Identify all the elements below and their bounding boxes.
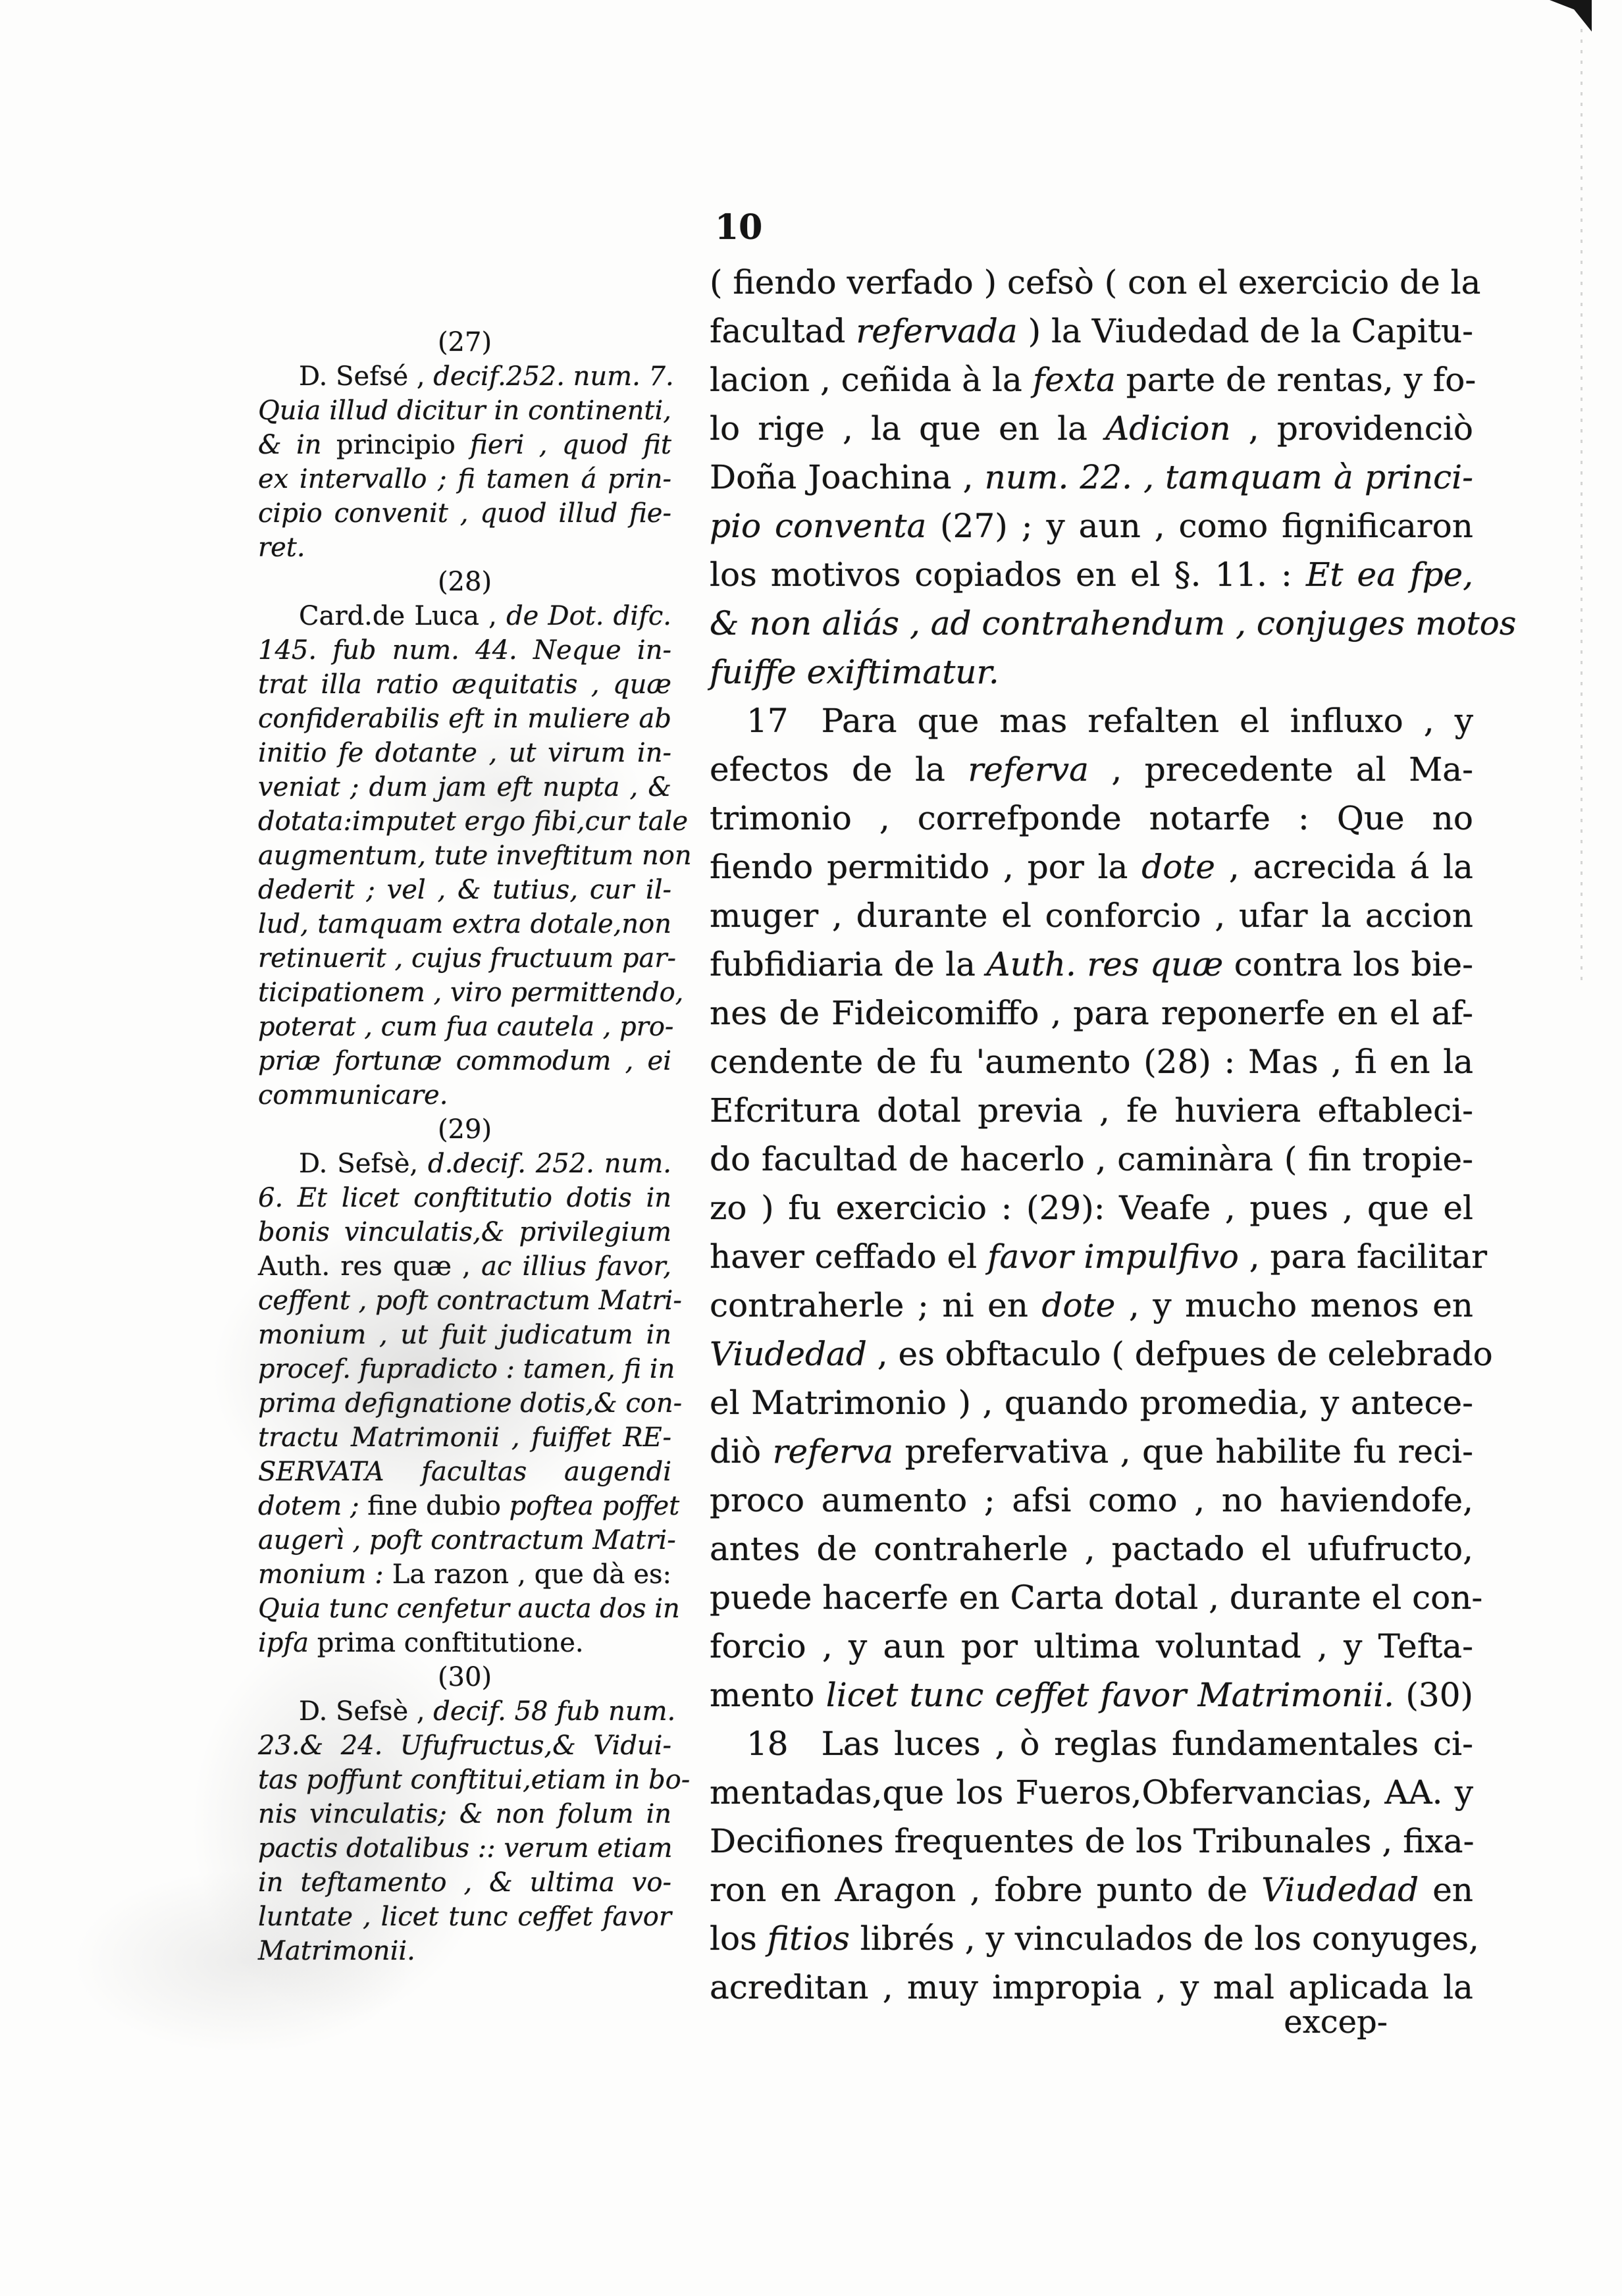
italic-text-segment: decif.252. num. 7.: [433, 361, 673, 392]
footnote-line: cipio convenit , quod illud fie-: [258, 496, 671, 531]
footnote-number-label: (27): [258, 325, 671, 359]
footnote-line: D. Sefsè, d.decif. 252. num.: [258, 1147, 671, 1181]
footnote-line: ret.: [258, 531, 671, 565]
italic-text-segment: priæ fortunæ commodum , ei: [258, 1046, 671, 1076]
italic-text-segment: & non aliás , ad contrahendum , conjuges…: [710, 604, 1516, 642]
roman-text-segment: prefervativa , que habilite fu reci-: [893, 1432, 1473, 1471]
italic-text-segment: veniat ; dum jam eft nupta , &: [258, 772, 671, 802]
roman-text-segment: (27): [438, 327, 492, 357]
footnote-line: trat illa ratio æquitatis , quæ: [258, 667, 671, 702]
main-text-line: 18 Las luces , ò reglas fundamentales ci…: [710, 1719, 1473, 1768]
italic-text-segment: ceffent , poft contractum Matri-: [258, 1286, 682, 1316]
italic-text-segment: ret.: [258, 533, 305, 563]
footnote-column: (27)D. Sefsé , decif.252. num. 7.Quia il…: [258, 325, 671, 1968]
footnote-line: ex intervallo ; fi tamen á prin-: [258, 462, 671, 496]
footnote-number-label: (30): [258, 1660, 671, 1694]
roman-text-segment: D. Sefsè,: [299, 1149, 428, 1179]
roman-text-segment: , es obftaculo ( defpues de celebrado: [867, 1335, 1493, 1373]
roman-text-segment: fubfidiaria de la: [710, 945, 986, 983]
italic-text-segment: poterat , cum fua cautela , pro-: [258, 1012, 673, 1042]
footnote-line: tractu Matrimonii , fuiffet RE-: [258, 1421, 671, 1455]
italic-text-segment: confiderabilis eft in muliere ab: [258, 704, 671, 734]
footnote-line: 6. Et licet conftitutio dotis in: [258, 1181, 671, 1215]
main-text-line: mentadas,que los Fueros,Obfervancias, AA…: [710, 1768, 1473, 1817]
italic-text-segment: pio conventa: [710, 507, 940, 545]
roman-text-segment: proco aumento ; afsi como , no haviendof…: [710, 1481, 1473, 1519]
footnote-line: poterat , cum fua cautela , pro-: [258, 1010, 671, 1044]
footnote-line: ipfa prima conftitutione.: [258, 1626, 671, 1660]
italic-text-segment: dotem ;: [258, 1491, 367, 1521]
roman-text-segment: fine dubio: [367, 1491, 509, 1521]
roman-text-segment: 18 Las luces , ò reglas fundamentales ci…: [746, 1725, 1473, 1763]
italic-text-segment: dote: [1141, 848, 1215, 886]
roman-text-segment: (30): [1394, 1676, 1473, 1714]
footnote-line: nis vinculatis; & non folum in: [258, 1797, 671, 1831]
footnote-line: ceffent , poft contractum Matri-: [258, 1284, 671, 1318]
italic-text-segment: Auth. res quæ: [986, 945, 1223, 983]
main-text-line: puede hacerfe en Carta dotal , durante e…: [710, 1573, 1473, 1622]
footnote-line: augmentum, tute inveftitum non: [258, 839, 671, 873]
roman-text-segment: Auth. res quæ ,: [258, 1251, 481, 1282]
italic-text-segment: retinuerit , cujus fructuum par-: [258, 943, 676, 974]
main-text-line: antes de contraherle , pactado el ufufru…: [710, 1525, 1473, 1573]
roman-text-segment: mentadas,que los Fueros,Obfervancias, AA…: [710, 1773, 1473, 1812]
italic-text-segment: 145. fub num. 44. Neque in-: [258, 635, 671, 665]
roman-text-segment: lacion , ceñida à la: [710, 361, 1033, 399]
roman-text-segment: parte de rentas, y fo-: [1116, 361, 1476, 399]
italic-text-segment: lud, tamquam extra dotale,non: [258, 909, 671, 939]
italic-text-segment: Adicion: [1105, 409, 1230, 448]
italic-text-segment: fuiffe exiftimatur.: [710, 653, 999, 691]
footnote-line: augerì , poft contractum Matri-: [258, 1523, 671, 1557]
italic-text-segment: refervada: [856, 312, 1017, 350]
italic-text-segment: pactis dotalibus :: verum etiam: [258, 1833, 673, 1864]
footnote-line: Matrimonii.: [258, 1934, 671, 1968]
roman-text-segment: D. Sefsè ,: [299, 1696, 433, 1727]
italic-text-segment: ipfa: [258, 1628, 317, 1658]
footnote-line: retinuerit , cujus fructuum par-: [258, 941, 671, 976]
footnote-line: Quia illud dicitur in continenti,: [258, 394, 671, 428]
catchword: excep-: [710, 2001, 1473, 2043]
main-text-line: proco aumento ; afsi como , no haviendof…: [710, 1476, 1473, 1525]
footnote-line: prima defignatione dotis,& con-: [258, 1386, 671, 1421]
page-number: 10: [715, 209, 762, 246]
roman-text-segment: los motivos copiados en el §. 11. :: [710, 556, 1306, 594]
footnote-line: 23.& 24. Ufufructus,& Vidui-: [258, 1729, 671, 1763]
footnote-line: ticipationem , viro permittendo,: [258, 976, 671, 1010]
italic-text-segment: procef. fupradicto : tamen, fi in: [258, 1354, 675, 1384]
roman-text-segment: , para facilitar: [1239, 1238, 1487, 1276]
main-text-line: Decifiones frequentes de los Tribunales …: [710, 1817, 1473, 1865]
italic-text-segment: fieri , quod fit: [470, 430, 671, 460]
main-text-line: facultad refervada ) la Viudedad de la C…: [710, 307, 1473, 355]
italic-text-segment: ac illius favor,: [481, 1251, 671, 1282]
roman-text-segment: en: [1419, 1871, 1473, 1909]
main-text-column: ( fiendo verfado ) cefsò ( con el exerci…: [710, 258, 1473, 2012]
italic-text-segment: monium , ut fuit judicatum in: [258, 1320, 671, 1350]
roman-text-segment: principio: [336, 430, 470, 460]
italic-text-segment: monium :: [258, 1559, 392, 1590]
main-text-line: contraherle ; ni en dote , y mucho menos…: [710, 1281, 1473, 1330]
roman-text-segment: contraherle ; ni en: [710, 1286, 1042, 1324]
italic-text-segment: & in: [258, 430, 336, 460]
italic-text-segment: Quia tunc cenfetur aucta dos in: [258, 1594, 680, 1624]
roman-text-segment: Card.de Luca ,: [299, 601, 506, 631]
main-text-line: pio conventa (27) ; y aun , como fignifi…: [710, 502, 1473, 550]
italic-text-segment: fexta: [1033, 361, 1116, 399]
italic-text-segment: favor impulfivo: [987, 1238, 1239, 1276]
roman-text-segment: , precedente al Ma-: [1089, 750, 1473, 789]
main-text-line: el Matrimonio ) , quando promedia, y ant…: [710, 1378, 1473, 1427]
main-text-line: mento licet tunc ceffet favor Matrimonii…: [710, 1671, 1473, 1719]
footnote-line: Auth. res quæ , ac illius favor,: [258, 1249, 671, 1284]
footnote-line: dederit ; vel , & tutius, cur il-: [258, 873, 671, 907]
roman-text-segment: D. Sefsé ,: [299, 361, 433, 392]
footnote-line: tas poffunt conftitui,etiam in bo-: [258, 1763, 671, 1797]
roman-text-segment: , acrecida á la: [1215, 848, 1473, 886]
italic-text-segment: tas poffunt conftitui,etiam in bo-: [258, 1765, 690, 1795]
main-text-line: Doña Joachina , num. 22. , tamquam à pri…: [710, 453, 1473, 502]
roman-text-segment: Decifiones frequentes de los Tribunales …: [710, 1822, 1474, 1860]
roman-text-segment: muger , durante el conforcio , ufar la a…: [710, 897, 1473, 935]
italic-text-segment: Et ea fpe,: [1306, 556, 1473, 594]
roman-text-segment: Doña Joachina ,: [710, 458, 985, 496]
footnote-line: procef. fupradicto : tamen, fi in: [258, 1352, 671, 1386]
footnote-line: D. Sefsé , decif.252. num. 7.: [258, 359, 671, 394]
footnote-line: SERVATA facultas augendi: [258, 1455, 671, 1489]
scanned-book-page: 10 (27)D. Sefsé , decif.252. num. 7.Quia…: [0, 0, 1622, 2296]
roman-text-segment: (28): [438, 567, 492, 597]
footnote-line: lud, tamquam extra dotale,non: [258, 907, 671, 941]
footnote-line: confiderabilis eft in muliere ab: [258, 702, 671, 736]
roman-text-segment: contra los bie-: [1223, 945, 1473, 983]
italic-text-segment: dote: [1042, 1286, 1116, 1324]
scan-corner-fold-mark: [1550, 0, 1592, 32]
italic-text-segment: 6. Et licet conftitutio dotis in: [258, 1183, 671, 1213]
roman-text-segment: los: [710, 1919, 768, 1958]
main-text-line: fiendo permitido , por la dote , acrecid…: [710, 843, 1473, 891]
italic-text-segment: communicare.: [258, 1080, 448, 1110]
main-text-line: cendente de fu 'aumento (28) : Mas , fi …: [710, 1037, 1473, 1086]
main-text-line: fuiffe exiftimatur.: [710, 648, 1473, 696]
footnote-line: D. Sefsè , decif. 58 fub num.: [258, 1694, 671, 1729]
footnote-number-label: (28): [258, 565, 671, 599]
roman-text-segment: , y mucho menos en: [1115, 1286, 1473, 1324]
roman-text-segment: , providenciò: [1231, 409, 1473, 448]
roman-text-segment: Efcritura dotal previa , fe huviera efta…: [710, 1091, 1473, 1130]
roman-text-segment: (30): [438, 1662, 492, 1692]
roman-text-segment: fiendo permitido , por la: [710, 848, 1141, 886]
roman-text-segment: lo rige , la que en la: [710, 409, 1105, 448]
main-text-line: Viudedad , es obftaculo ( defpues de cel…: [710, 1330, 1473, 1378]
main-text-line: Efcritura dotal previa , fe huviera efta…: [710, 1086, 1473, 1135]
roman-text-segment: nes de Fideicomiffo , para reponerfe en …: [710, 994, 1473, 1032]
footnote-line: bonis vinculatis,& privilegium: [258, 1215, 671, 1249]
roman-text-segment: (29): [438, 1114, 492, 1145]
italic-text-segment: dotata:imputet ergo fibi,cur tale: [258, 806, 688, 837]
roman-text-segment: trimonio , correfponde notarfe : Que no: [710, 799, 1473, 837]
roman-text-segment: do facultad de hacerlo , caminàra ( fin …: [710, 1140, 1473, 1178]
roman-text-segment: antes de contraherle , pactado el ufufru…: [710, 1530, 1473, 1568]
italic-text-segment: referva: [968, 750, 1089, 789]
italic-text-segment: Viudedad: [710, 1335, 867, 1373]
footnote-line: veniat ; dum jam eft nupta , &: [258, 770, 671, 804]
italic-text-segment: poftea poffet: [510, 1491, 680, 1521]
italic-text-segment: ticipationem , viro permittendo,: [258, 978, 683, 1008]
footnote-line: dotata:imputet ergo fibi,cur tale: [258, 804, 671, 839]
footnote-line: priæ fortunæ commodum , ei: [258, 1044, 671, 1078]
roman-text-segment: ( fiendo verfado ) cefsò ( con el exerci…: [710, 263, 1480, 301]
italic-text-segment: Viudedad: [1261, 1871, 1419, 1909]
roman-text-segment: 17 Para que mas refalten el influxo , y: [746, 702, 1473, 740]
roman-text-segment: diò: [710, 1432, 773, 1471]
italic-text-segment: tractu Matrimonii , fuiffet RE-: [258, 1422, 671, 1453]
italic-text-segment: cipio convenit , quod illud fie-: [258, 498, 671, 529]
main-text-line: ( fiendo verfado ) cefsò ( con el exerci…: [710, 258, 1473, 307]
italic-text-segment: in teftamento , & ultima vo-: [258, 1867, 671, 1898]
main-text-line: los motivos copiados en el §. 11. : Et e…: [710, 550, 1473, 599]
roman-text-segment: forcio , y aun por ultima voluntad , y T…: [710, 1627, 1473, 1665]
roman-text-segment: facultad: [710, 312, 856, 350]
main-text-line: zo ) fu exercicio : (29): Veafe , pues ,…: [710, 1184, 1473, 1232]
italic-text-segment: decif. 58 fub num.: [433, 1696, 675, 1727]
italic-text-segment: num. 22. , tamquam à princi-: [985, 458, 1473, 496]
main-text-line: efectos de la referva , precedente al Ma…: [710, 745, 1473, 794]
roman-text-segment: el Matrimonio ) , quando promedia, y ant…: [710, 1384, 1473, 1422]
footnote-line: initio fe dotante , ut virum in-: [258, 736, 671, 770]
scan-page-edge-line: [1581, 29, 1583, 983]
italic-text-segment: Matrimonii.: [258, 1936, 415, 1966]
footnote-line: monium : La razon , que dà es:: [258, 1557, 671, 1592]
italic-text-segment: luntate , licet tunc ceffet favor: [258, 1902, 671, 1932]
roman-text-segment: zo ) fu exercicio : (29): Veafe , pues ,…: [710, 1189, 1473, 1227]
footnote-line: Quia tunc cenfetur aucta dos in: [258, 1592, 671, 1626]
main-text-line: diò referva prefervativa , que habilite …: [710, 1427, 1473, 1476]
roman-text-segment: ron en Aragon , fobre punto de: [710, 1871, 1261, 1909]
roman-text-segment: librés , y vinculados de los conyuges,: [850, 1919, 1479, 1958]
roman-text-segment: haver ceffado el: [710, 1238, 987, 1276]
italic-text-segment: initio fe dotante , ut virum in-: [258, 738, 671, 768]
main-text-line: & non aliás , ad contrahendum , conjuges…: [710, 599, 1473, 648]
roman-text-segment: efectos de la: [710, 750, 968, 789]
italic-text-segment: nis vinculatis; & non folum in: [258, 1799, 671, 1829]
main-text-line: muger , durante el conforcio , ufar la a…: [710, 891, 1473, 940]
footnote-number-label: (29): [258, 1112, 671, 1147]
italic-text-segment: fitios: [768, 1919, 850, 1958]
roman-text-segment: La razon , que dà es:: [392, 1559, 671, 1590]
footnote-line: communicare.: [258, 1078, 671, 1112]
italic-text-segment: augmentum, tute inveftitum non: [258, 841, 692, 871]
italic-text-segment: trat illa ratio æquitatis , quæ: [258, 669, 671, 700]
italic-text-segment: augerì , poft contractum Matri-: [258, 1525, 676, 1555]
footnote-line: 145. fub num. 44. Neque in-: [258, 633, 671, 667]
italic-text-segment: Quia illud dicitur in continenti,: [258, 396, 671, 426]
italic-text-segment: prima defignatione dotis,& con-: [258, 1388, 682, 1419]
roman-text-segment: puede hacerfe en Carta dotal , durante e…: [710, 1578, 1482, 1617]
footnote-line: monium , ut fuit judicatum in: [258, 1318, 671, 1352]
main-text-line: haver ceffado el favor impulfivo , para …: [710, 1232, 1473, 1281]
italic-text-segment: ex intervallo ; fi tamen á prin-: [258, 464, 671, 494]
italic-text-segment: 23.& 24. Ufufructus,& Vidui-: [258, 1731, 671, 1761]
roman-text-segment: cendente de fu 'aumento (28) : Mas , fi …: [710, 1043, 1473, 1081]
main-text-line: lacion , ceñida à la fexta parte de rent…: [710, 355, 1473, 404]
main-text-line: los fitios librés , y vinculados de los …: [710, 1914, 1473, 1963]
footnote-line: in teftamento , & ultima vo-: [258, 1865, 671, 1900]
roman-text-segment: mento: [710, 1676, 826, 1714]
main-text-line: nes de Fideicomiffo , para reponerfe en …: [710, 989, 1473, 1037]
footnote-line: dotem ; fine dubio poftea poffet: [258, 1489, 671, 1523]
main-text-line: lo rige , la que en la Adicion , provide…: [710, 404, 1473, 453]
roman-text-segment: prima conftitutione.: [317, 1628, 584, 1658]
italic-text-segment: dederit ; vel , & tutius, cur il-: [258, 875, 671, 905]
footnote-line: luntate , licet tunc ceffet favor: [258, 1900, 671, 1934]
main-text-line: do facultad de hacerlo , caminàra ( fin …: [710, 1135, 1473, 1184]
footnote-line: Card.de Luca , de Dot. difc.: [258, 599, 671, 633]
italic-text-segment: licet tunc ceffet favor Matrimonii.: [826, 1676, 1394, 1714]
main-text-line: ron en Aragon , fobre punto de Viudedad …: [710, 1865, 1473, 1914]
italic-text-segment: de Dot. difc.: [506, 601, 671, 631]
footnote-line: & in principio fieri , quod fit: [258, 428, 671, 462]
main-text-line: 17 Para que mas refalten el influxo , y: [710, 696, 1473, 745]
main-text-line: trimonio , correfponde notarfe : Que no: [710, 794, 1473, 843]
main-text-line: forcio , y aun por ultima voluntad , y T…: [710, 1622, 1473, 1671]
italic-text-segment: d.decif. 252. num.: [428, 1149, 671, 1179]
italic-text-segment: referva: [773, 1432, 894, 1471]
footnote-line: pactis dotalibus :: verum etiam: [258, 1831, 671, 1865]
italic-text-segment: bonis vinculatis,& privilegium: [258, 1217, 671, 1247]
italic-text-segment: SERVATA facultas augendi: [258, 1457, 671, 1487]
roman-text-segment: ) la Viudedad de la Capitu-: [1018, 312, 1473, 350]
roman-text-segment: (27) ; y aun , como fignificaron: [940, 507, 1473, 545]
main-text-line: fubfidiaria de la Auth. res quæ contra l…: [710, 940, 1473, 989]
